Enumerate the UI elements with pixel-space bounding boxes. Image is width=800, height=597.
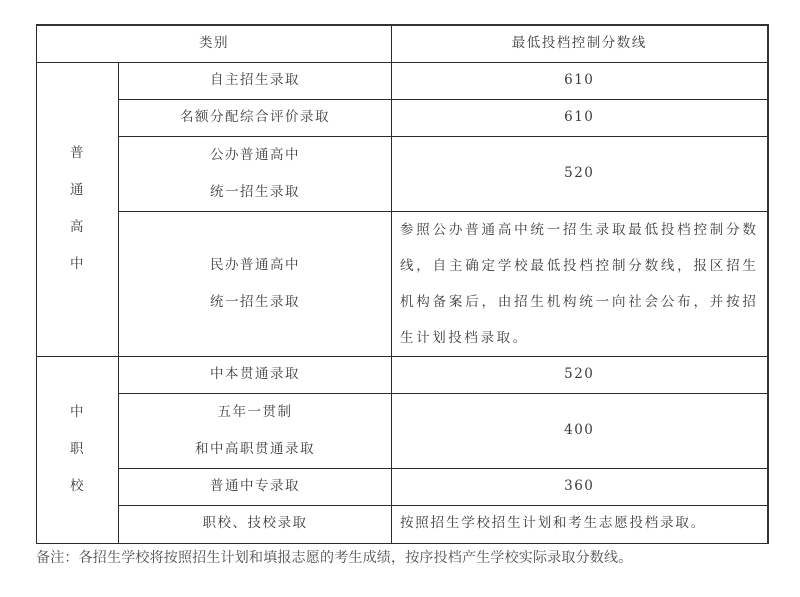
score-value: 360 [392, 468, 768, 505]
score-description: 按照招生学校招生计划和考生志愿投档录取。 [392, 505, 768, 543]
group-label-general-high-school: 普 通 高 中 [37, 62, 119, 356]
score-value: 610 [392, 99, 768, 136]
table-header-row: 类别 最低投档控制分数线 [37, 25, 768, 62]
admission-type: 职校、技校录取 [119, 505, 392, 543]
table-row: 中 职 校 中本贯通录取 520 [37, 356, 768, 393]
header-score: 最低投档控制分数线 [392, 25, 768, 62]
score-value: 520 [392, 356, 768, 393]
table-row: 职校、技校录取 按照招生学校招生计划和考生志愿投档录取。 [37, 505, 768, 543]
admission-type: 名额分配综合评价录取 [119, 99, 392, 136]
score-value: 400 [392, 393, 768, 468]
score-value: 520 [392, 136, 768, 211]
score-value: 610 [392, 62, 768, 99]
table-row: 公办普通高中 统一招生录取 520 [37, 136, 768, 211]
table-row: 民办普通高中 统一招生录取 参照公办普通高中统一招生录取最低投档控制分数线，自主… [37, 211, 768, 356]
footnote: 备注：各招生学校将按照招生计划和填报志愿的考生成绩，按序投档产生学校实际录取分数… [36, 547, 632, 567]
admission-type: 民办普通高中 统一招生录取 [119, 211, 392, 356]
table-row: 普通中专录取 360 [37, 468, 768, 505]
score-description: 参照公办普通高中统一招生录取最低投档控制分数线，自主确定学校最低投档控制分数线，… [392, 211, 768, 356]
admission-score-table: 类别 最低投档控制分数线 普 通 高 中 自主招生录取 610 名额分配综合评价… [36, 24, 769, 544]
table-row: 名额分配综合评价录取 610 [37, 99, 768, 136]
group-label-vocational-school: 中 职 校 [37, 356, 119, 543]
admission-type: 公办普通高中 统一招生录取 [119, 136, 392, 211]
admission-type: 五年一贯制 和中高职贯通录取 [119, 393, 392, 468]
table-row: 普 通 高 中 自主招生录取 610 [37, 62, 768, 99]
header-category: 类别 [37, 25, 392, 62]
admission-type: 普通中专录取 [119, 468, 392, 505]
admission-type: 自主招生录取 [119, 62, 392, 99]
table-row: 五年一贯制 和中高职贯通录取 400 [37, 393, 768, 468]
admission-type: 中本贯通录取 [119, 356, 392, 393]
